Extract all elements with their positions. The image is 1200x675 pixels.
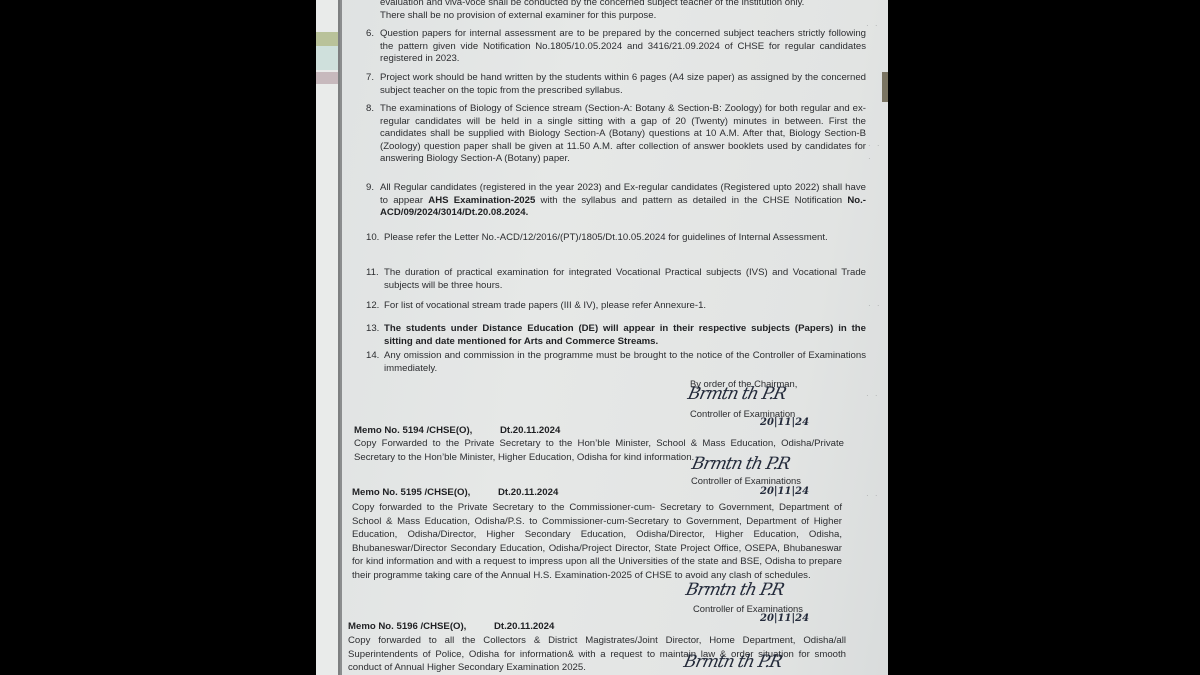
document-photo: evaluation and viva-voce shall be conduc… <box>316 0 888 675</box>
sheet-fold-line <box>340 0 342 675</box>
paper-specks: · · · <box>868 140 884 165</box>
item-5-continuation: evaluation and viva-voce shall be conduc… <box>380 0 850 22</box>
list-item-12: 12. For list of vocational stream trade … <box>366 300 866 313</box>
list-item-8: 8. The examinations of Biology of Scienc… <box>366 103 866 166</box>
memo-5195-body: Copy forwarded to the Private Secretary … <box>352 501 842 583</box>
controller-signature: Brmtn th P.R <box>687 388 787 401</box>
item-text: Any omission and commission in the progr… <box>384 350 866 375</box>
signature-date: 20|11|24 <box>760 486 809 499</box>
list-item-9: 9. All Regular candidates (registered in… <box>366 182 866 220</box>
sheet-edge-teal <box>316 46 338 70</box>
item-number: 10. <box>366 232 379 245</box>
memo-number: Memo No. 5194 /CHSE(O), <box>354 425 472 436</box>
memo-date: Dt.20.11.2024 <box>494 621 554 634</box>
signature-date: 20|11|24 <box>760 613 809 626</box>
controller-signature: Brmtn th P.R <box>691 458 791 471</box>
item-text: The students under Distance Education (D… <box>384 323 866 348</box>
sheet-edge-pink <box>316 72 338 84</box>
memo-number: Memo No. 5195 /CHSE(O), <box>352 487 470 498</box>
memo-date: Dt.20.11.2024 <box>498 487 558 500</box>
item-number: 11. <box>366 267 379 280</box>
list-item-7: 7. Project work should be hand written b… <box>366 72 866 97</box>
item-text: Please refer the Letter No.-ACD/12/2016/… <box>384 232 866 245</box>
paper-stack-edge <box>316 0 340 675</box>
exam-name: AHS Examination-2025 <box>428 195 535 206</box>
paper-specks: · · <box>866 20 880 33</box>
controller-signature: Brmtn th P.R <box>685 584 785 597</box>
item-number: 7. <box>366 72 374 85</box>
memo-5195-heading: Memo No. 5195 /CHSE(O), Dt.20.11.2024 <box>352 487 470 500</box>
item-number: 8. <box>366 103 374 116</box>
paper-specks: · · <box>866 490 880 503</box>
signature-date: 20|11|24 <box>760 417 809 430</box>
item-text: Project work should be hand written by t… <box>380 72 866 97</box>
paper-specks: · · <box>866 390 880 403</box>
item-text: All Regular candidates (registered in th… <box>380 182 866 220</box>
item-text: For list of vocational stream trade pape… <box>384 300 866 313</box>
item-number: 12. <box>366 300 379 313</box>
memo-5196-heading: Memo No. 5196 /CHSE(O), Dt.20.11.2024 <box>348 621 466 634</box>
list-item-14: 14. Any omission and commission in the p… <box>366 350 866 375</box>
list-item-10: 10. Please refer the Letter No.-ACD/12/2… <box>366 232 866 245</box>
item-text: The duration of practical examination fo… <box>384 267 866 292</box>
memo-date: Dt.20.11.2024 <box>500 425 560 438</box>
sheet-edge-green <box>316 32 338 46</box>
item-number: 14. <box>366 350 379 363</box>
continuation-line-1: evaluation and viva-voce shall be conduc… <box>380 0 850 10</box>
paper-specks: · · <box>868 300 882 313</box>
item-number: 9. <box>366 182 374 195</box>
continuation-line-2: There shall be no provision of external … <box>380 10 850 23</box>
list-item-6: 6. Question papers for internal assessme… <box>366 28 866 66</box>
item-text: Question papers for internal assessment … <box>380 28 866 66</box>
memo-5194-heading: Memo No. 5194 /CHSE(O), Dt.20.11.2024 <box>354 425 472 438</box>
controller-signature: Brmtn th P.R <box>683 656 783 669</box>
item-text: The examinations of Biology of Science s… <box>380 103 866 166</box>
memo-number: Memo No. 5196 /CHSE(O), <box>348 621 466 632</box>
item-number: 13. <box>366 323 379 336</box>
item-text-part: with the syllabus and pattern as detaile… <box>535 195 847 206</box>
list-item-13: 13. The students under Distance Educatio… <box>366 323 866 348</box>
notification-page: evaluation and viva-voce shall be conduc… <box>348 0 884 675</box>
list-item-11: 11. The duration of practical examinatio… <box>366 267 866 292</box>
item-number: 6. <box>366 28 374 41</box>
